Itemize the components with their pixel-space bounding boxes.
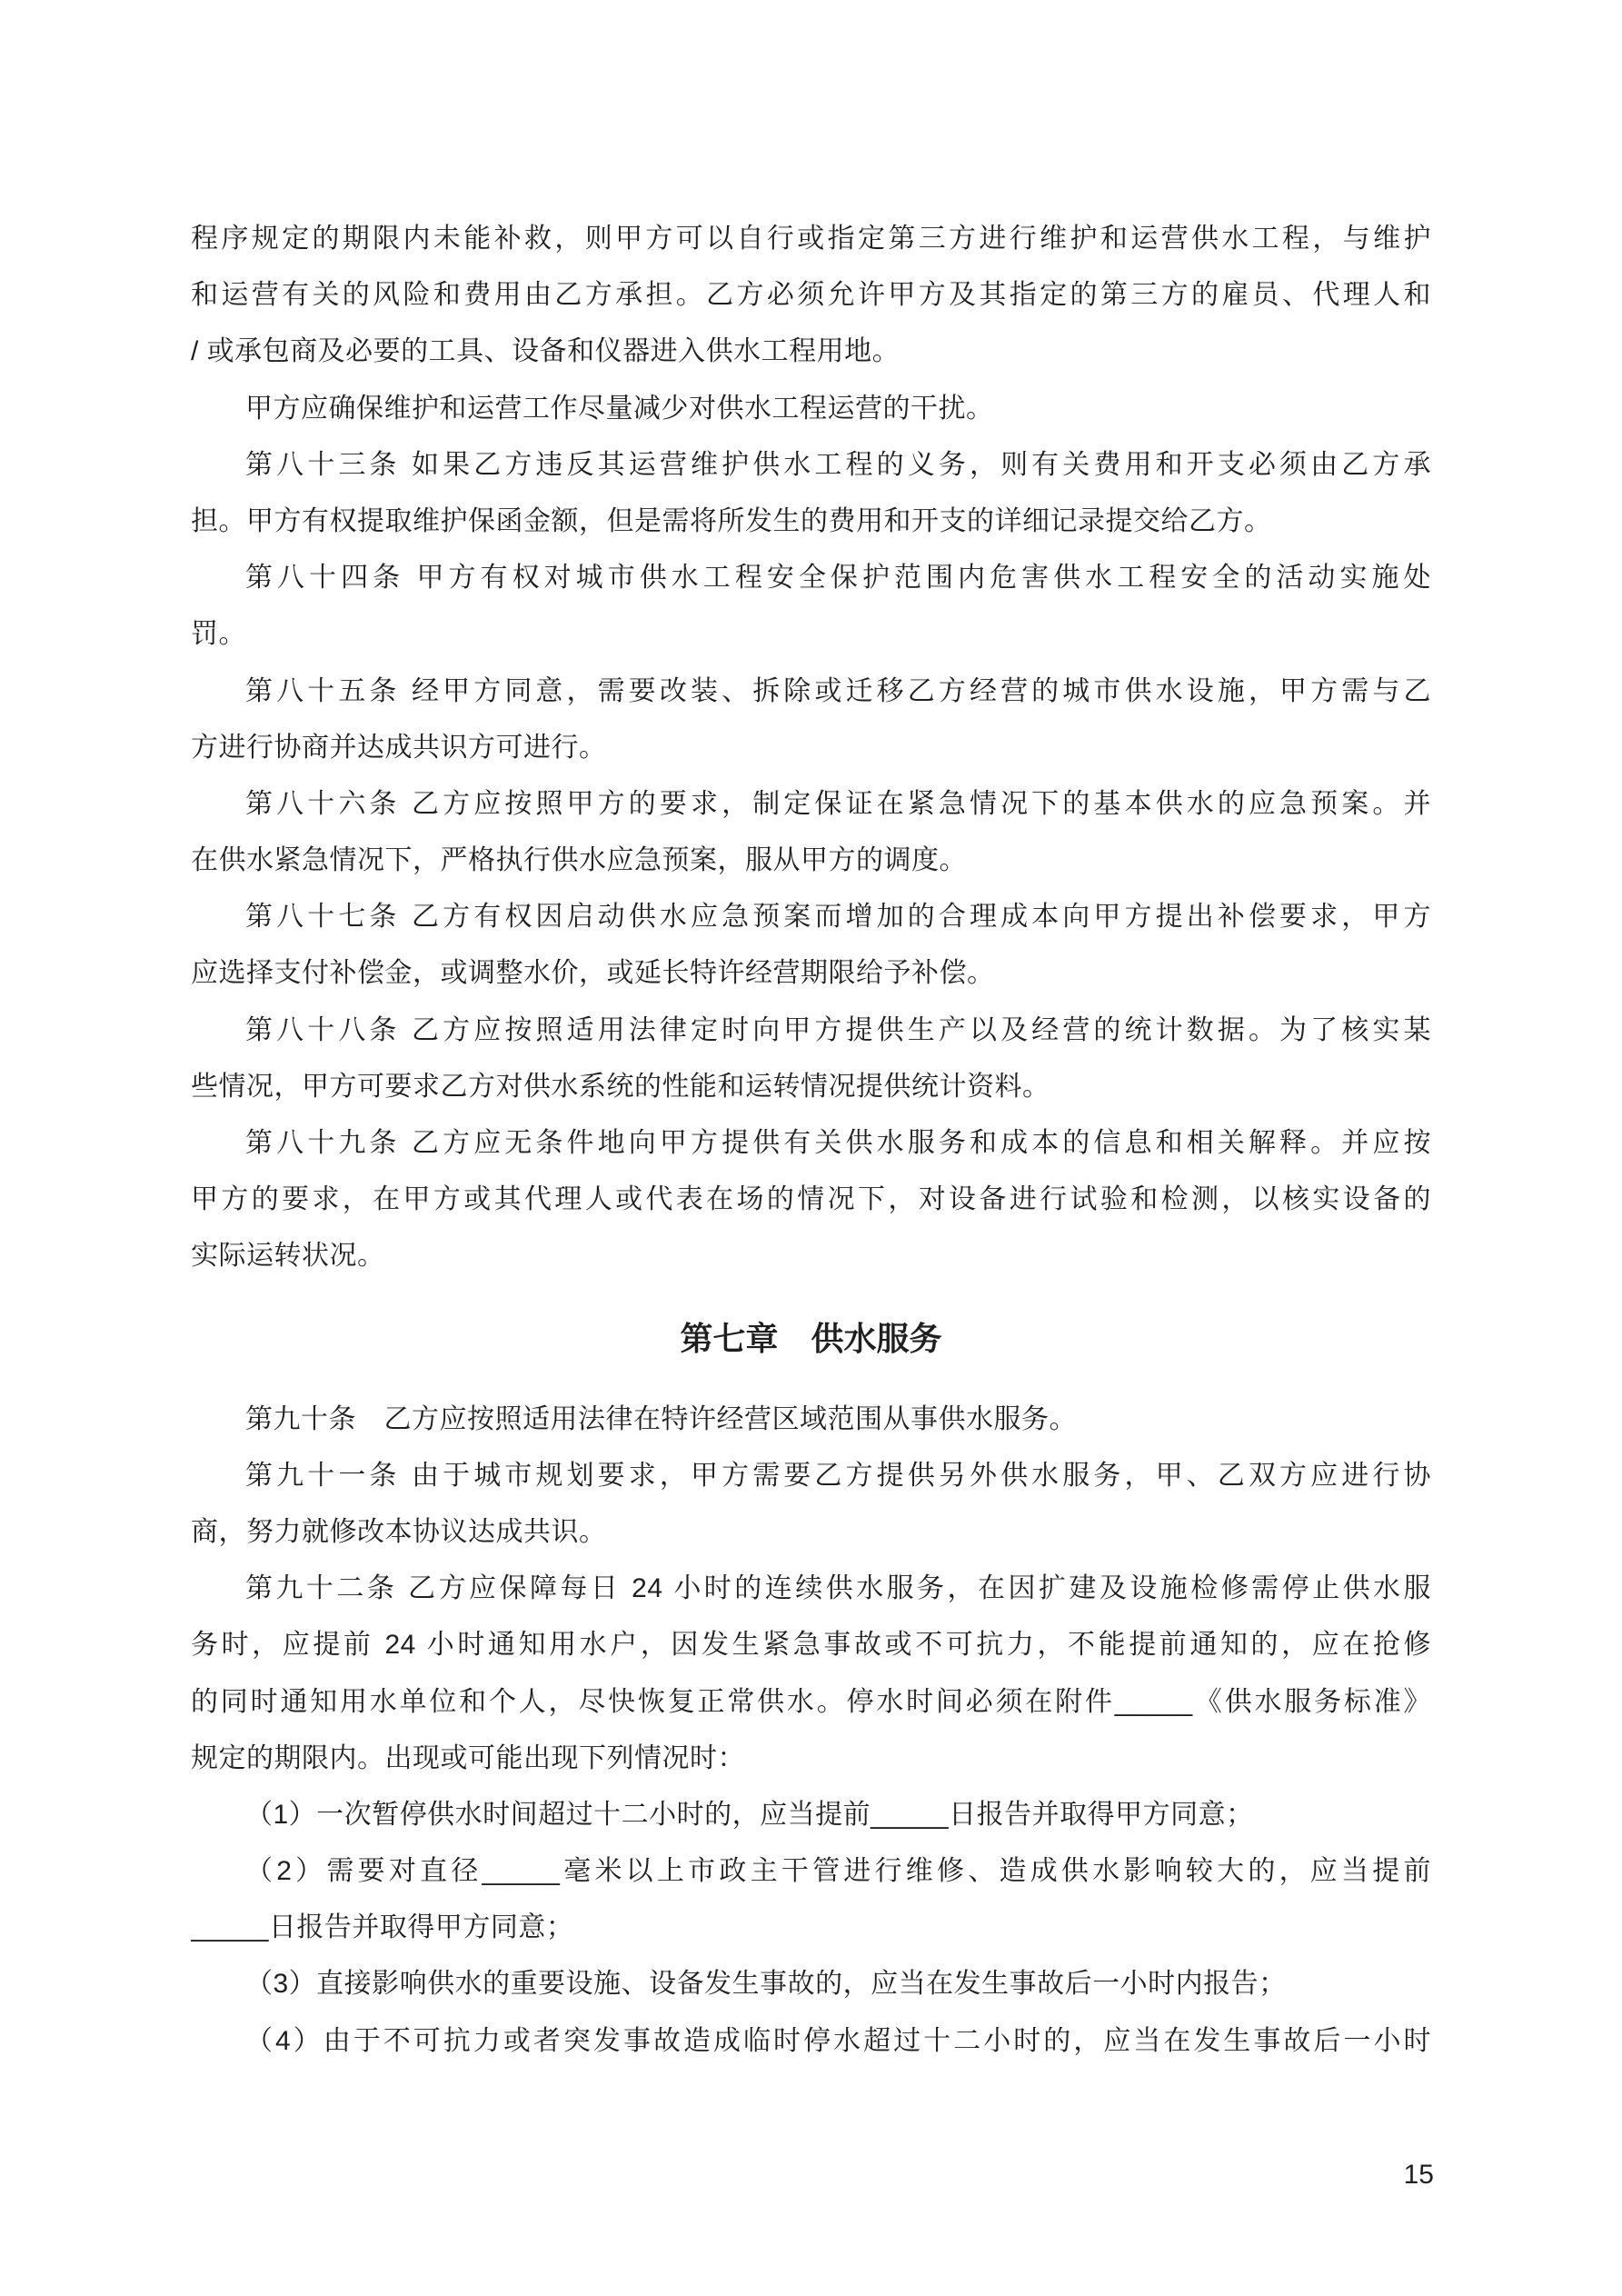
text-line: 第八十四条 甲方有权对城市供水工程安全保护范围内危害供水工程安全的活动实施处 <box>191 550 1431 606</box>
text-line: 担。甲方有权提取维护保函金额，但是需将所发生的费用和开支的详细记录提交给乙方。 <box>191 494 1431 550</box>
text-line: 罚。 <box>191 606 1431 663</box>
text-line: （1）一次暂停供水时间超过十二小时的，应当提前_____日报告并取得甲方同意； <box>191 1787 1431 1843</box>
text-line: （2）需要对直径_____毫米以上市政主干管进行维修、造成供水影响较大的，应当提… <box>191 1843 1431 1900</box>
text-line: 应选择支付补偿金，或调整水价，或延长特许经营期限给予补偿。 <box>191 945 1431 1002</box>
text-line: 务时，应提前 24 小时通知用水户，因发生紧急事故或不可抗力，不能提前通知的，应… <box>191 1617 1431 1673</box>
text-line: 甲方应确保维护和运营工作尽量减少对供水工程运营的干扰。 <box>191 381 1431 437</box>
text-line: 和运营有关的风险和费用由乙方承担。乙方必须允许甲方及其指定的第三方的雇员、代理人… <box>191 267 1431 324</box>
text-line: 方进行协商并达成共识方可进行。 <box>191 720 1431 776</box>
document-page: 程序规定的期限内未能补救，则甲方可以自行或指定第三方进行维护和运营供水工程，与维… <box>0 0 1622 2296</box>
text-line: 商，努力就修改本协议达成共识。 <box>191 1504 1431 1561</box>
text-line: 程序规定的期限内未能补救，则甲方可以自行或指定第三方进行维护和运营供水工程，与维… <box>191 211 1431 267</box>
text-line: 在供水紧急情况下，严格执行供水应急预案，服从甲方的调度。 <box>191 833 1431 889</box>
text-line: 第八十九条 乙方应无条件地向甲方提供有关供水服务和成本的信息和相关解释。并应按 <box>191 1115 1431 1172</box>
document-body: 程序规定的期限内未能补救，则甲方可以自行或指定第三方进行维护和运营供水工程，与维… <box>191 211 1431 2070</box>
text-line: 第八十六条 乙方应按照甲方的要求，制定保证在紧急情况下的基本供水的应急预案。并 <box>191 776 1431 833</box>
text-line: 第八十八条 乙方应按照适用法律定时向甲方提供生产以及经营的统计数据。为了核实某 <box>191 1003 1431 1059</box>
text-line: 甲方的要求，在甲方或其代理人或代表在场的情况下，对设备进行试验和检测，以核实设备… <box>191 1172 1431 1228</box>
text-line: 第九十二条 乙方应保障每日 24 小时的连续供水服务，在因扩建及设施检修需停止供… <box>191 1561 1431 1617</box>
text-line: 第九十一条 由于城市规划要求，甲方需要乙方提供另外供水服务，甲、乙双方应进行协 <box>191 1448 1431 1504</box>
text-line: 些情况，甲方可要求乙方对供水系统的性能和运转情况提供统计资料。 <box>191 1059 1431 1115</box>
text-line: 的同时通知用水单位和个人，尽快恢复正常供水。停水时间必须在附件_____《供水服… <box>191 1674 1431 1731</box>
text-line: 规定的期限内。出现或可能出现下列情况时： <box>191 1731 1431 1787</box>
text-line: 第八十三条 如果乙方违反其运营维护供水工程的义务，则有关费用和开支必须由乙方承 <box>191 437 1431 494</box>
text-line: （3）直接影响供水的重要设施、设备发生事故的，应当在发生事故后一小时内报告； <box>191 1956 1431 2012</box>
page-number: 15 <box>1404 2152 1434 2198</box>
text-line: 第九十条 乙方应按照适用法律在特许经营区域范围从事供水服务。 <box>191 1392 1431 1448</box>
text-line: （4）由于不可抗力或者突发事故造成临时停水超过十二小时的，应当在发生事故后一小时 <box>191 2013 1431 2070</box>
text-line: 第八十五条 经甲方同意，需要改装、拆除或迁移乙方经营的城市供水设施，甲方需与乙 <box>191 664 1431 720</box>
chapter-heading: 第七章 供水服务 <box>191 1285 1431 1392</box>
text-line: 实际运转状况。 <box>191 1228 1431 1284</box>
text-line: 第八十七条 乙方有权因启动供水应急预案而增加的合理成本向甲方提出补偿要求，甲方 <box>191 889 1431 945</box>
text-line: _____日报告并取得甲方同意； <box>191 1900 1431 1956</box>
text-line: / 或承包商及必要的工具、设备和仪器进入供水工程用地。 <box>191 324 1431 380</box>
